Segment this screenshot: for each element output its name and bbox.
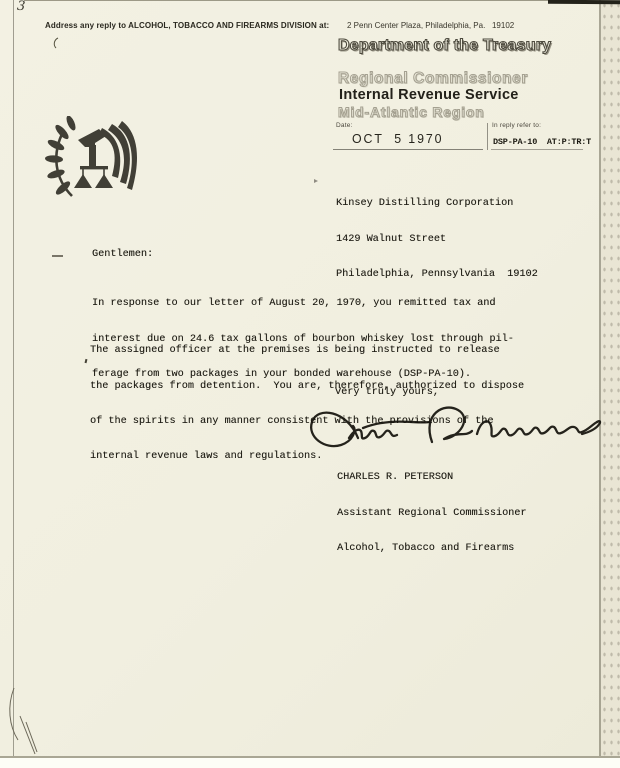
scan-top-black-bar	[548, 0, 620, 4]
date-label: Date:	[336, 122, 353, 129]
signer-title: Assistant Regional Commissioner	[337, 508, 527, 520]
refer-label: In reply refer to:	[492, 122, 541, 129]
salutation: Gentlemen:	[92, 249, 153, 261]
recipient-name: Kinsey Distilling Corporation	[336, 198, 538, 210]
handwritten-page-mark: 3	[16, 0, 25, 14]
signer-name: CHARLES R. PETERSON	[337, 472, 527, 484]
signer-block: CHARLES R. PETERSON Assistant Regional C…	[337, 449, 527, 578]
date-underline	[333, 149, 483, 150]
refer-underline	[491, 149, 583, 150]
recipient-street: 1429 Walnut Street	[336, 234, 538, 246]
bottom-left-scratches	[2, 678, 62, 756]
paper-bottom-edge	[0, 756, 620, 768]
scanned-letter-page: 3 Address any reply to ALCOHOL, TOBACCO …	[0, 0, 620, 768]
irs-eagle-icon	[42, 116, 142, 210]
recipient-arrow-mark	[314, 179, 318, 183]
margin-dash-mark	[52, 255, 63, 257]
paper-right-edge	[599, 0, 601, 756]
scan-left-line	[13, 0, 14, 756]
reply-notice: Address any reply to ALCOHOL, TOBACCO AN…	[45, 21, 329, 30]
internal-revenue-service-heading: Internal Revenue Service	[339, 87, 519, 103]
date-stamp: OCT 5 1970	[352, 131, 443, 146]
body-line: The assigned officer at the premises is …	[90, 345, 524, 357]
signer-division: Alcohol, Tobacco and Firearms	[337, 543, 527, 555]
complimentary-closing: Very truly yours,	[335, 387, 439, 399]
stray-pen-mark	[51, 37, 61, 49]
department-of-treasury-heading: Department of the Treasury	[338, 37, 551, 55]
reference-divider	[487, 123, 488, 150]
body-line: the packages from detention. You are, th…	[90, 381, 524, 393]
scan-top-line	[24, 0, 557, 1]
body-line: In response to our letter of August 20, …	[92, 298, 514, 310]
regional-commissioner-heading: Regional Commissioner	[338, 70, 528, 88]
handwritten-signature	[303, 402, 603, 452]
refer-value: DSP-PA-10 AT:P:TR:T	[493, 137, 591, 147]
mid-atlantic-region-heading: Mid-Atlantic Region	[338, 104, 485, 120]
scan-background-strip	[601, 0, 620, 756]
reply-address: 2 Penn Center Plaza, Philadelphia, Pa. 1…	[347, 21, 514, 30]
